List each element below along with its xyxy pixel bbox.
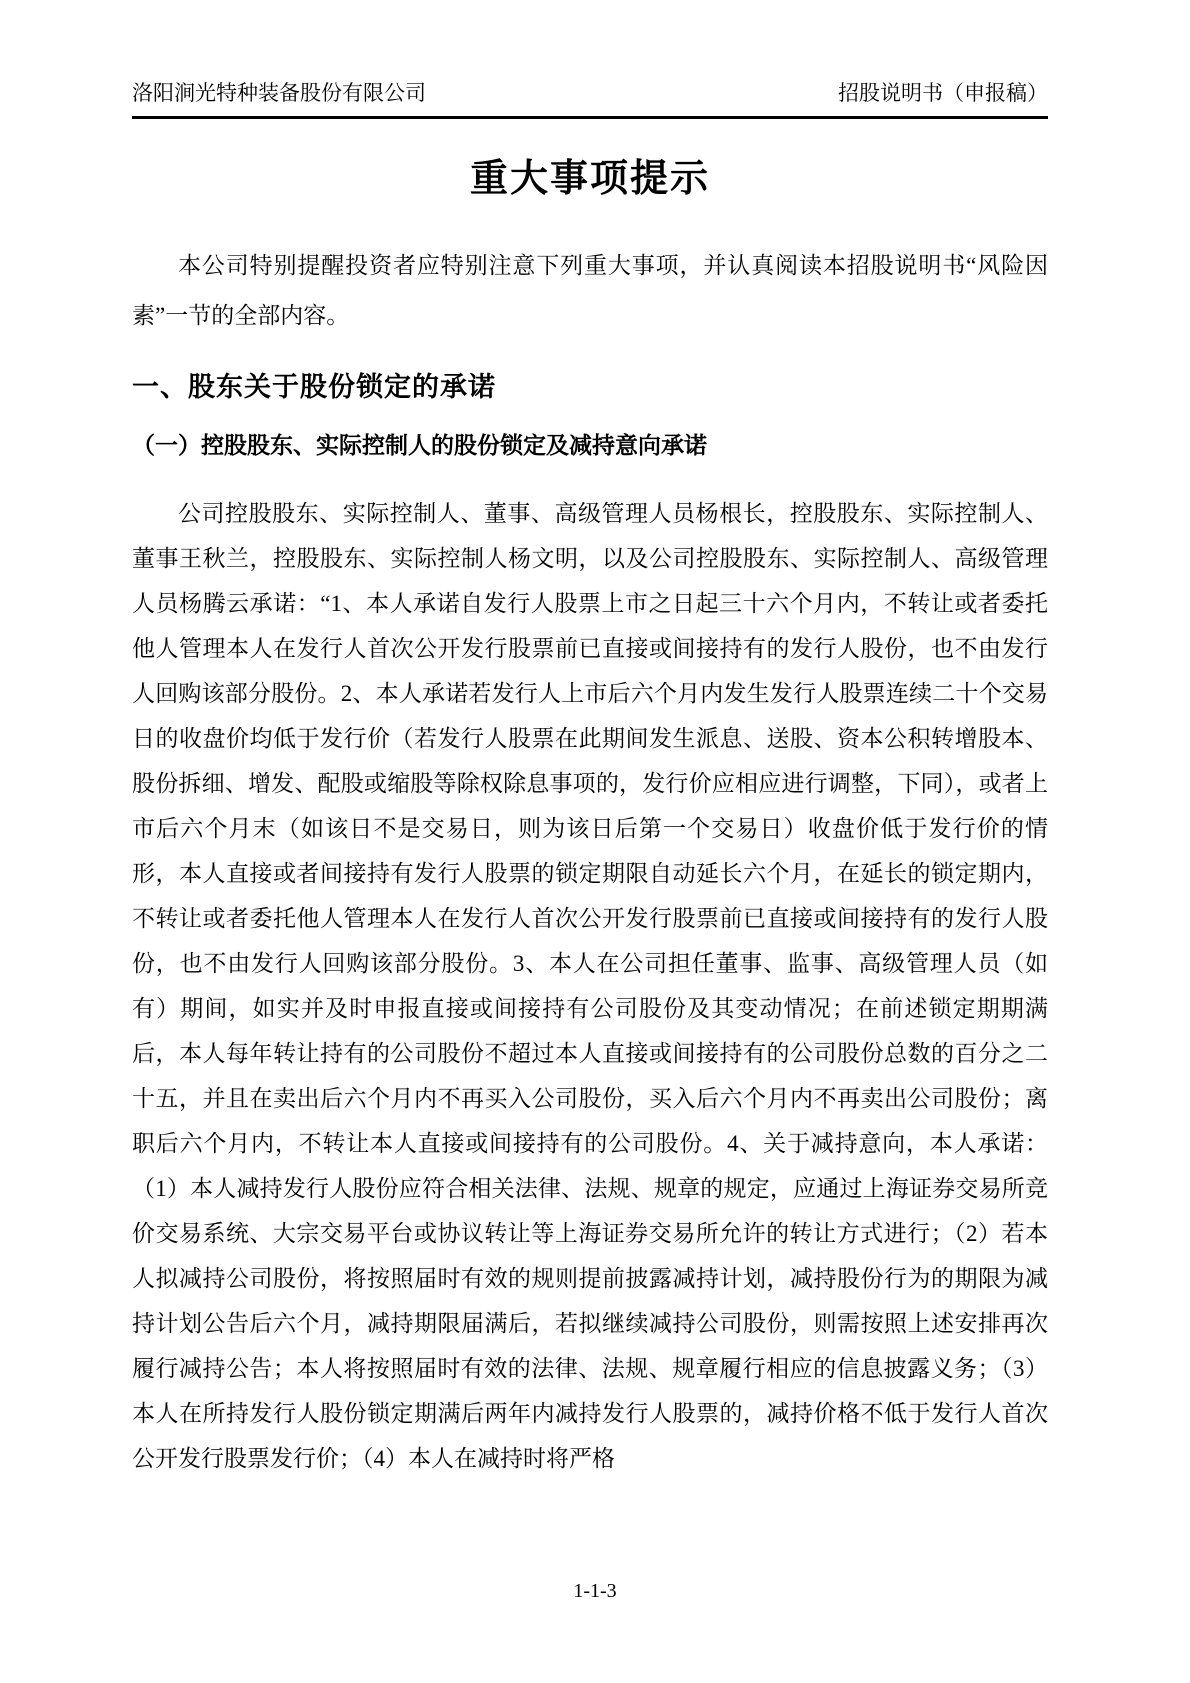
subsection-heading: （一）控股股东、实际控制人的股份锁定及减持意向承诺 [132, 429, 1048, 463]
section-heading: 一、股东关于股份锁定的承诺 [132, 367, 1048, 407]
commitment-paragraph: 公司控股股东、实际控制人、董事、高级管理人员杨根长，控股股东、实际控制人、董事王… [132, 491, 1048, 1481]
document-type-label: 招股说明书（申报稿） [838, 80, 1048, 106]
page-title: 重大事项提示 [132, 153, 1048, 205]
page-header: 洛阳涧光特种装备股份有限公司 招股说明书（申报稿） [132, 0, 1048, 119]
document-page: 洛阳涧光特种装备股份有限公司 招股说明书（申报稿） 重大事项提示 本公司特别提醒… [0, 0, 1190, 1683]
intro-paragraph: 本公司特别提醒投资者应特别注意下列重大事项，并认真阅读本招股说明书“风险因素”一… [132, 241, 1048, 341]
company-name: 洛阳涧光特种装备股份有限公司 [132, 80, 426, 106]
page-number: 1-1-3 [573, 1580, 616, 1602]
page-footer: 1-1-3 [0, 1579, 1190, 1603]
page-content: 洛阳涧光特种装备股份有限公司 招股说明书（申报稿） 重大事项提示 本公司特别提醒… [0, 0, 1190, 1481]
